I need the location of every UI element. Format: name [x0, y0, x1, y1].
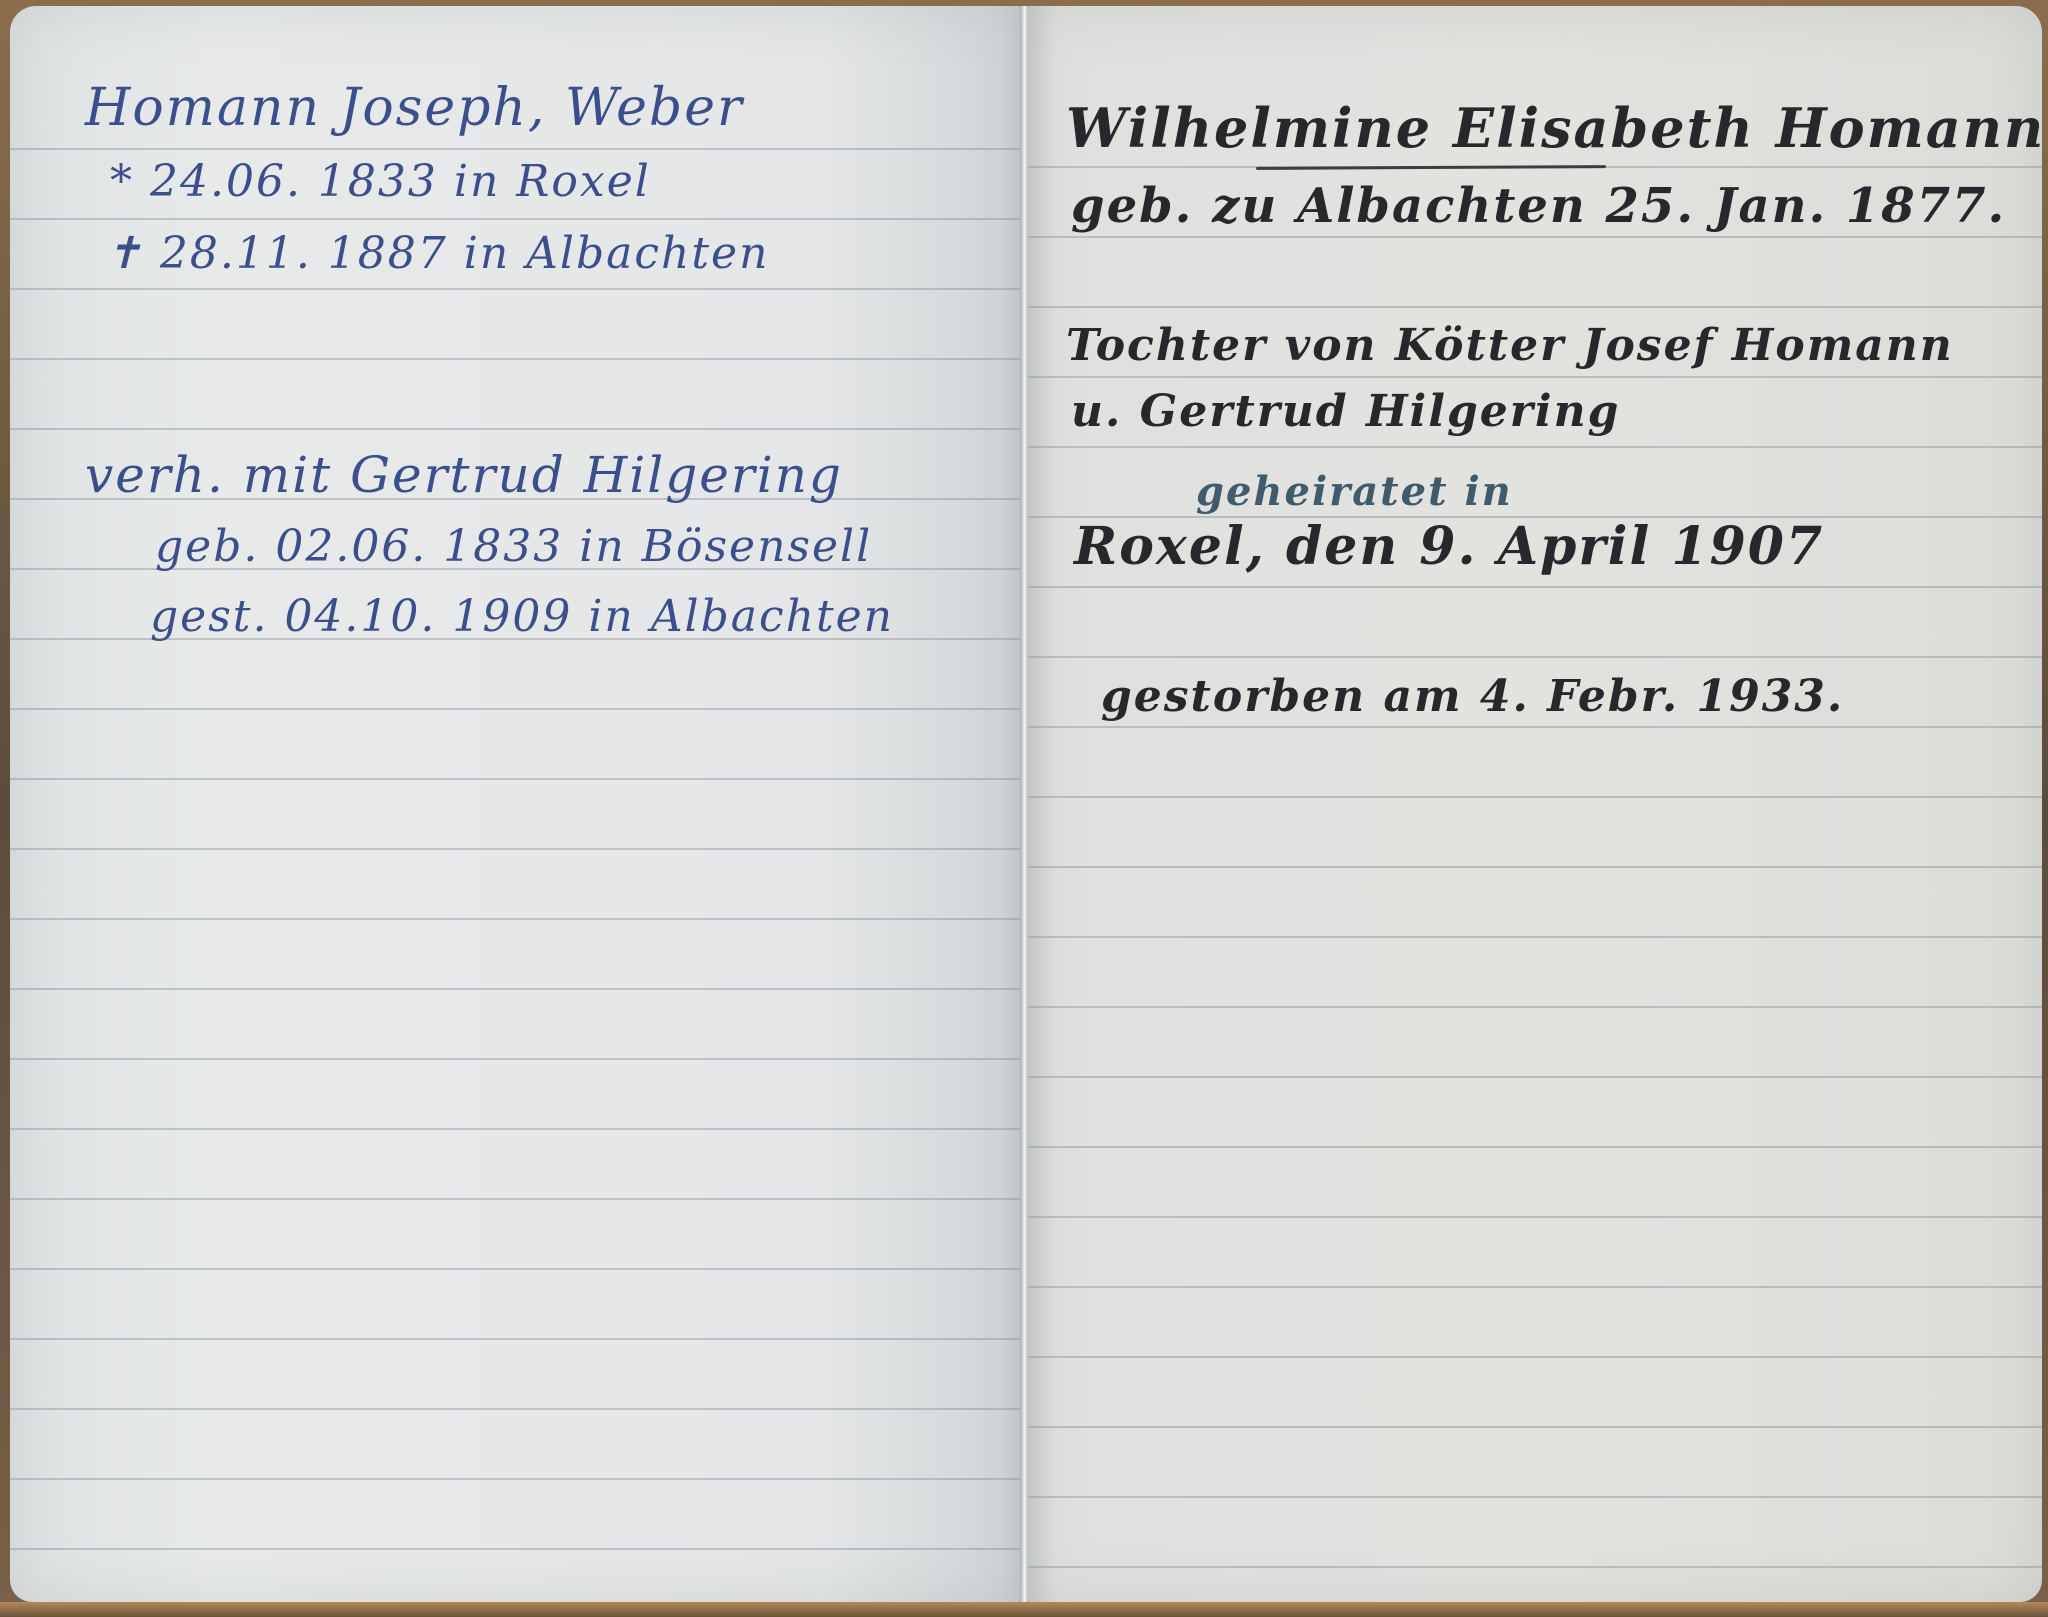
handwritten-spouse-death-line: gest. 04.10. 1909 in Albachten — [150, 591, 894, 642]
ruled-line — [1026, 1566, 2042, 1568]
ruled-line — [1026, 726, 2042, 728]
ruled-line — [1026, 796, 2042, 798]
left-page: Homann Joseph, Weber * 24.06. 1833 in Ro… — [10, 6, 1022, 1602]
name-underline — [1256, 165, 1606, 170]
ruled-line — [10, 778, 1022, 780]
ruled-line — [10, 288, 1022, 290]
handwritten-mother-line: u. Gertrud Hilgering — [1071, 386, 1620, 437]
ruled-line — [1026, 446, 2042, 448]
ruled-line — [1026, 656, 2042, 658]
ruled-line — [10, 1198, 1022, 1200]
ruled-line — [10, 358, 1022, 360]
ruled-line — [1026, 236, 2042, 238]
ruled-line — [1026, 376, 2042, 378]
ruled-line — [1026, 1076, 2042, 1078]
handwritten-marriage-line: Roxel, den 9. April 1907 — [1074, 516, 1824, 577]
ruled-line — [1026, 1426, 2042, 1428]
handwritten-birth-line: geb. zu Albachten 25. Jan. 1877. — [1071, 178, 2006, 234]
ruled-line — [1026, 1216, 2042, 1218]
ruled-line — [10, 918, 1022, 920]
ruled-line — [1026, 1286, 2042, 1288]
handwritten-inserted-note: geheiratet in — [1196, 468, 1513, 515]
handwritten-name-joseph: Homann Joseph, Weber — [85, 78, 744, 138]
ruled-line — [10, 708, 1022, 710]
ruled-line — [10, 1408, 1022, 1410]
handwritten-parents-line: Tochter von Kötter Josef Homann — [1066, 320, 1954, 371]
handwritten-marriage-line: verh. mit Gertrud Hilgering — [85, 446, 843, 504]
handwritten-birth-line: * 24.06. 1833 in Roxel — [110, 156, 651, 207]
ruled-line — [1026, 936, 2042, 938]
ruled-line — [10, 1128, 1022, 1130]
ruled-line — [10, 1478, 1022, 1480]
notebook-spine — [1020, 6, 1028, 1602]
ruled-line — [10, 1058, 1022, 1060]
ruled-line — [10, 1338, 1022, 1340]
ruled-line — [1026, 1496, 2042, 1498]
ruled-line — [1026, 1356, 2042, 1358]
ruled-line — [1026, 306, 2042, 308]
ruled-line — [10, 1548, 1022, 1550]
book-edge — [0, 1602, 2048, 1617]
ruled-line — [10, 148, 1022, 150]
ruled-line — [10, 1268, 1022, 1270]
ruled-line — [1026, 1146, 2042, 1148]
ruled-line — [10, 848, 1022, 850]
handwritten-death-line: gestorben am 4. Febr. 1933. — [1101, 671, 1844, 722]
handwritten-name-wilhelmine: Wilhelmine Elisabeth Homann — [1066, 96, 2042, 160]
handwritten-death-line: ✝ 28.11. 1887 in Albachten — [105, 228, 769, 279]
right-page: Wilhelmine Elisabeth Homann geb. zu Alba… — [1026, 6, 2042, 1602]
ruled-line — [1026, 866, 2042, 868]
ruled-line — [1026, 1006, 2042, 1008]
ruled-line — [10, 218, 1022, 220]
ruled-line — [1026, 586, 2042, 588]
handwritten-spouse-birth-line: geb. 02.06. 1833 in Bösensell — [155, 521, 872, 572]
ruled-line — [10, 988, 1022, 990]
ruled-line — [10, 428, 1022, 430]
